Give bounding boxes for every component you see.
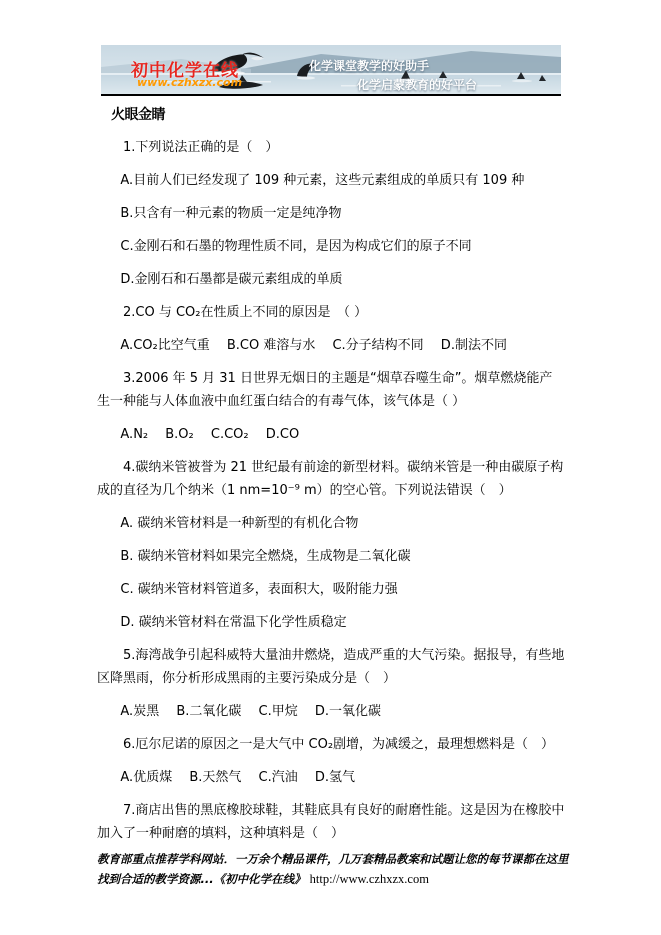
question-3-options-row: A.N₂ B.O₂ C.CO₂ D.CO [97,423,565,446]
question-4-stem: 4.碳纳米管被誉为 21 世纪最有前途的新型材料。碳纳米管是一种由碳原子构成的直… [97,456,565,502]
site-banner: 初中化学在线 www.czhxzx.com 化学课堂教学的好助手 化学启蒙教育的… [101,45,561,94]
question-1-option-B: B.只含有一种元素的物质一定是纯净物 [97,202,565,225]
question-1-option-D: D.金刚石和石墨都是碳元素组成的单质 [97,268,565,291]
banner-divider [101,94,561,96]
question-5-stem: 5.海湾战争引起科威特大量油井燃烧，造成严重的大气污染。据报导，有些地区降黑雨，… [97,644,565,690]
question-6-options-row: A.优质煤 B.天然气 C.汽油 D.氢气 [97,766,565,789]
question-2-options-row: A.CO₂比空气重 B.CO 难溶与水 C.分子结构不同 D.制法不同 [97,334,565,357]
question-4-option-B: B. 碳纳米管材料如果完全燃烧，生成物是二氧化碳 [97,545,565,568]
question-5-options-row: A.炭黑 B.二氧化碳 C.甲烷 D.一氧化碳 [97,700,565,723]
footer: 教育部重点推荐学科网站．一万余个精品课件，几万套精品教案和试题让您的每节课都在这… [97,849,569,889]
question-3-stem: 3.2006 年 5 月 31 日世界无烟日的主题是“烟草吞噬生命”。烟草燃烧能… [97,367,565,413]
document-page: 初中化学在线 www.czhxzx.com 化学课堂教学的好助手 化学启蒙教育的… [0,0,661,935]
question-1-stem: 1.下列说法正确的是（ ） [97,136,565,159]
questions-list: 1.下列说法正确的是（ ）A.目前人们已经发现了 109 种元素，这些元素组成的… [97,136,565,845]
question-4-option-C: C. 碳纳米管材料管道多，表面积大，吸附能力强 [97,578,565,601]
question-1-option-A: A.目前人们已经发现了 109 种元素，这些元素组成的单质只有 109 种 [97,169,565,192]
worksheet-content: 火眼金睛 1.下列说法正确的是（ ）A.目前人们已经发现了 109 种元素，这些… [97,106,565,855]
section-title: 火眼金睛 [111,106,565,124]
question-7-stem: 7.商店出售的黑底橡胶球鞋，其鞋底具有良好的耐磨性能。这是因为在橡胶中加入了一种… [97,799,565,845]
banner-slogan-2: 化学启蒙教育的好平台 [357,76,477,93]
banner-slogan-1: 化学课堂教学的好助手 [309,57,429,74]
site-url: www.czhxzx.com [137,76,242,89]
footer-url[interactable]: http://www.czhxzx.com [310,872,429,886]
question-2-stem: 2.CO 与 CO₂在性质上不同的原因是 （ ） [97,301,565,324]
question-6-stem: 6.厄尔尼诺的原因之一是大气中 CO₂剧增，为减缓之，最理想燃料是（ ） [97,733,565,756]
question-4-option-A: A. 碳纳米管材料是一种新型的有机化合物 [97,512,565,535]
question-1-option-C: C.金刚石和石墨的物理性质不同，是因为构成它们的原子不同 [97,235,565,258]
question-4-option-D: D. 碳纳米管材料在常温下化学性质稳定 [97,611,565,634]
